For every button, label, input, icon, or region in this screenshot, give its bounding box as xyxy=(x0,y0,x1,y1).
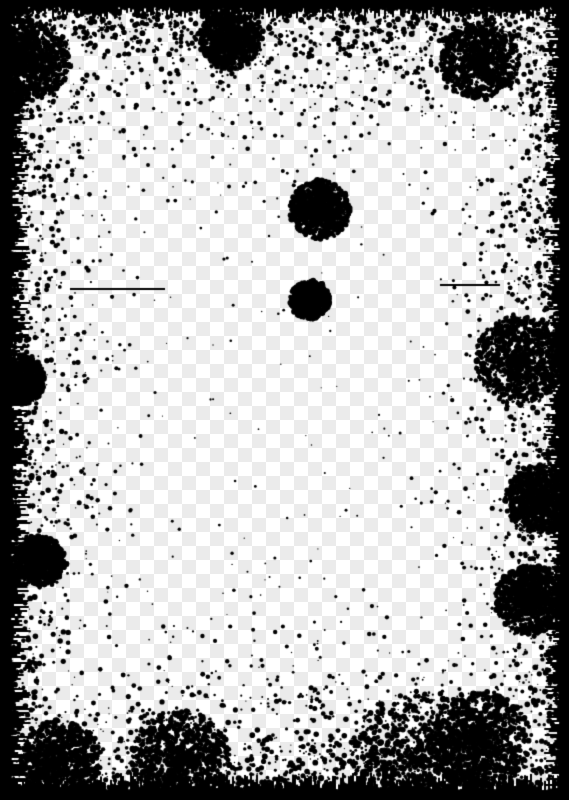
transparency-checkerboard xyxy=(0,0,569,800)
grunge-frame-texture xyxy=(0,0,569,800)
